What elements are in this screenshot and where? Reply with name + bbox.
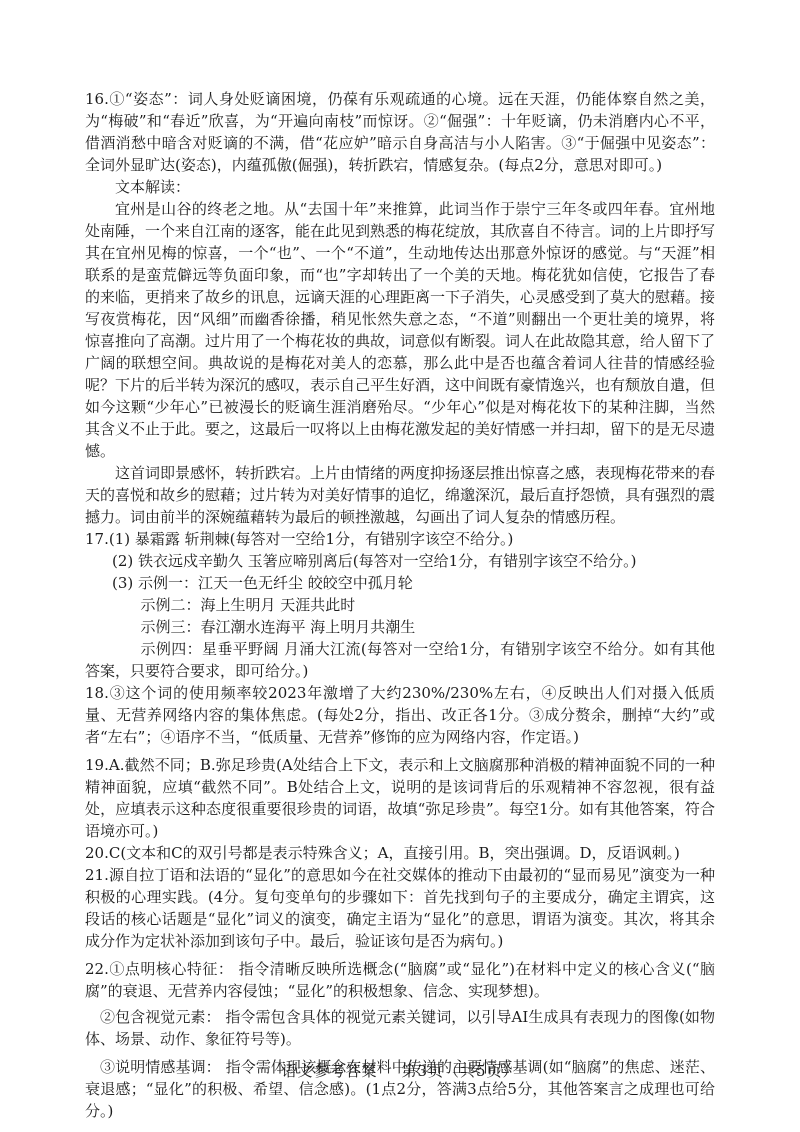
answer-paragraph: 示例四：星垂平野阔 月涌大江流(每答对一空给1分，有错别字该空不给分。如有其他答… bbox=[85, 638, 715, 682]
answer-paragraph: (3) 示例一：江天一色无纤尘 皎皎空中孤月轮 bbox=[85, 572, 715, 594]
answer-page: 16.①“姿态”：词人身处贬谪困境，仍葆有乐观疏通的心境。远在天涯，仍能体察自然… bbox=[0, 0, 800, 1132]
answer-paragraph: 示例二：海上生明月 天涯共此时 bbox=[85, 594, 715, 616]
answer-paragraph: 18.③这个词的使用频率较2023年激增了大约230%/230%左右，④反映出人… bbox=[85, 682, 715, 748]
answer-body: 16.①“姿态”：词人身处贬谪困境，仍葆有乐观疏通的心境。远在天涯，仍能体察自然… bbox=[85, 88, 715, 1122]
answer-paragraph: 16.①“姿态”：词人身处贬谪困境，仍葆有乐观疏通的心境。远在天涯，仍能体察自然… bbox=[85, 88, 715, 176]
answer-paragraph: 21.源自拉丁语和法语的“显化”的意思如今在社交媒体的推动下由最初的“显而易见”… bbox=[85, 864, 715, 952]
answer-paragraph: 17.(1) 暴霜露 斩荆棘(每答对一空给1分，有错别字该空不给分。) bbox=[85, 528, 715, 550]
answer-paragraph: (2) 铁衣远戍辛勤久 玉箸应啼别离后(每答对一空给1分，有错别字该空不给分。) bbox=[85, 550, 715, 572]
answer-paragraph: 这首词即景感怀，转折跌宕。上片由情绪的两度抑扬逐层推出惊喜之感，表现梅花带来的春… bbox=[85, 462, 715, 528]
answer-paragraph: 19.A.截然不同；B.弥足珍贵(A处结合上下文，表示和上文脑腐那种消极的精神面… bbox=[85, 754, 715, 842]
footer-page-number: 第3页（共5页） bbox=[401, 1062, 518, 1080]
answer-paragraph: 22.①点明核心特征： 指令清晰反映所选概念(“脑腐”或“显化”)在材料中定义的… bbox=[85, 958, 715, 1002]
page-footer: 语文参考答案第3页（共5页） bbox=[0, 1060, 800, 1082]
footer-doc-title: 语文参考答案 bbox=[281, 1062, 377, 1080]
answer-paragraph: 示例三：春江潮水连海平 海上明月共潮生 bbox=[85, 616, 715, 638]
answer-paragraph: 20.C(文本和C的双引号都是表示特殊含义；A，直接引用。B，突出强调。D，反语… bbox=[85, 842, 715, 864]
answer-paragraph: 宜州是山谷的终老之地。从“去国十年”来推算，此词当作于崇宁三年冬或四年春。宜州地… bbox=[85, 198, 715, 462]
answer-paragraph: 文本解读： bbox=[85, 176, 715, 198]
answer-paragraph: ②包含视觉元素： 指令需包含具体的视觉元素关键词，以引导AI生成具有表现力的图像… bbox=[85, 1006, 715, 1050]
